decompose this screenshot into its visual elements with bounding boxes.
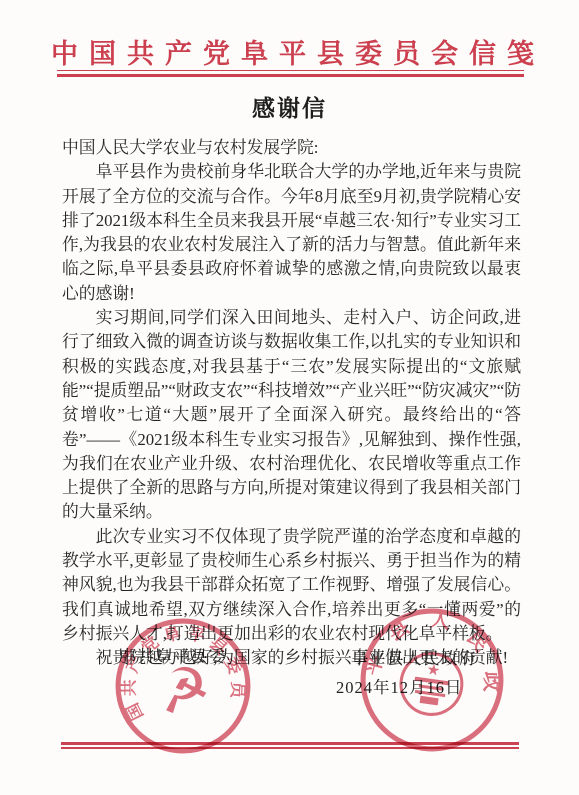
signature-right-name: 阜平县人民政府 xyxy=(351,645,477,669)
letter-page: 中国共产党阜平县委员会信笺 感谢信 中国人民大学农业与农村发展学院: 阜平县作为… xyxy=(0,0,579,795)
paragraph-3: 此次专业实习不仅体现了贵学院严谨的治学态度和卓越的教学水平,更彰显了贵校师生心系… xyxy=(62,525,521,646)
letter-title: 感谢信 xyxy=(0,90,579,123)
paragraph-2: 实习期间,同学们深入田间地头、走村入户、访企问政,进行了细致入微的调查访谈与数据… xyxy=(62,306,521,525)
letterhead-rule xyxy=(57,70,524,77)
letter-body: 中国人民大学农业与农村发展学院: 阜平县作为贵校前身华北联合大学的办学地,近年来… xyxy=(62,136,521,671)
paragraph-1: 阜平县作为贵校前身华北联合大学的办学地,近年来与贵院开展了全方位的交流与合作。今… xyxy=(62,160,521,306)
footer-rule xyxy=(61,742,519,749)
signature-left-name: 中共阜平县委 xyxy=(119,643,227,667)
salutation: 中国人民大学农业与农村发展学院: xyxy=(62,136,521,160)
signature-date: 2024年12月16日 xyxy=(336,674,463,698)
letterhead-title: 中国共产党阜平县委员会信笺 xyxy=(40,32,539,71)
